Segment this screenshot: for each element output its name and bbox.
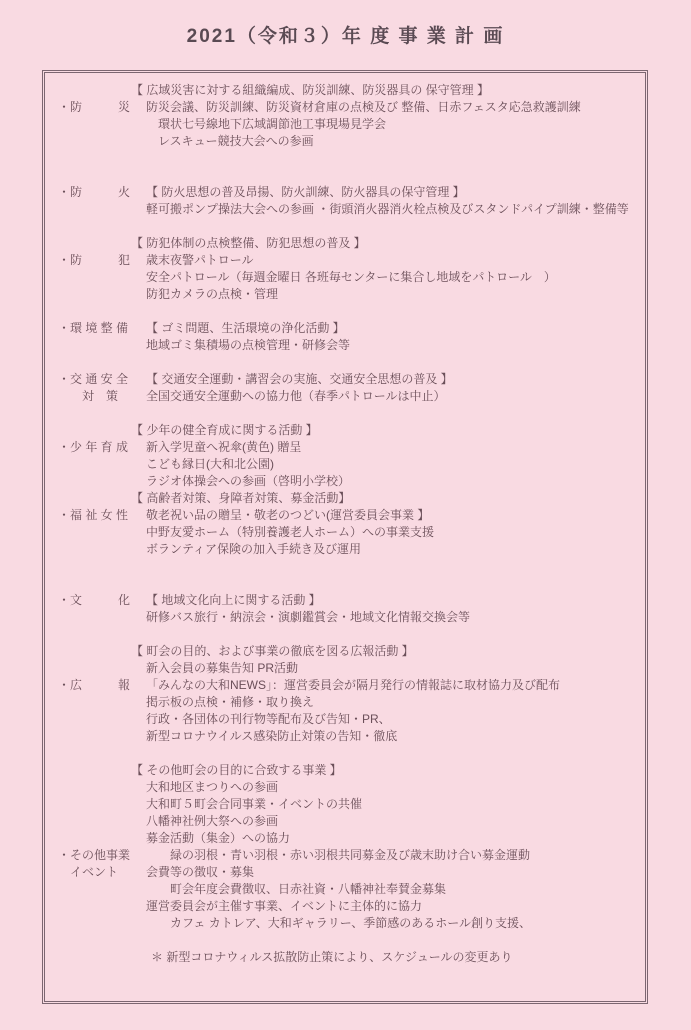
- doc-row: ラジオ体操会への参画（啓明小学校）: [58, 473, 645, 490]
- row-text: 研修バス旅行・納涼会・演劇鑑賞会・地域文化情報交換会等: [146, 609, 470, 626]
- label-spacer: [58, 575, 146, 592]
- doc-row: こども縁日(大和北公園): [58, 456, 645, 473]
- label-spacer: [58, 167, 146, 184]
- label-spacer: [58, 201, 146, 218]
- blank-row: [58, 167, 645, 184]
- row-text: 防犯カメラの点検・管理: [146, 286, 278, 303]
- blank-row: [58, 575, 645, 592]
- label-spacer: [58, 405, 146, 422]
- section-header: 【 広域災害に対する組織編成、防災訓練、防災器具の 保守管理 】: [131, 82, 489, 99]
- row-text: 会費等の徴収・募集: [146, 864, 254, 881]
- row-text: 行政・各団体の刊行物等配布及び告知・PR、: [146, 711, 391, 728]
- row-text: ラジオ体操会への参画（啓明小学校）: [146, 473, 350, 490]
- category-label: ・防 災: [58, 99, 146, 116]
- doc-row: 募金活動（集金）への協力: [58, 830, 645, 847]
- section-header: 【 防火思想の普及昂揚、防火訓練、防火器具の保守管理 】: [146, 184, 465, 201]
- doc-row: ・文 化【 地域文化向上に関する活動 】: [58, 592, 645, 609]
- doc-row: 行政・各団体の刊行物等配布及び告知・PR、: [58, 711, 645, 728]
- row-text: 新型コロナウイルス感染防止対策の告知・徹底: [146, 728, 397, 745]
- category-label: ・交 通 安 全: [58, 371, 146, 388]
- category-label: ・防 火: [58, 184, 146, 201]
- label-spacer: [58, 303, 146, 320]
- label-spacer: [58, 133, 146, 150]
- doc-row: ・環 境 整 備【 ゴミ問題、生活環境の浄化活動 】: [58, 320, 645, 337]
- blank-row: [58, 932, 645, 949]
- category-label: ・福 祉 女 性: [58, 507, 146, 524]
- row-text: 安全パトロール（毎週金曜日 各班毎センターに集合し地域をパトロール ）: [146, 269, 556, 286]
- doc-row: カフェ カトレア、大和ギャラリー、季節感のあるホール創り支援、: [58, 915, 645, 932]
- row-text: 「みんなの大和NEWS」：運営委員会が隔月発行の情報誌に取材協力及び配布: [146, 677, 560, 694]
- row-text: こども縁日(大和北公園): [146, 456, 274, 473]
- category-label: ・環 境 整 備: [58, 320, 146, 337]
- page-title: 2021（令和３）年 度 事 業 計 画: [0, 0, 691, 48]
- label-spacer: [58, 473, 146, 490]
- label-spacer: [58, 150, 146, 167]
- label-spacer: [58, 626, 146, 643]
- doc-row: ・少 年 育 成新入学児童へ祝傘(黄色) 贈呈: [58, 439, 645, 456]
- plan-document-box: 【 広域災害に対する組織編成、防災訓練、防災器具の 保守管理 】・防 災防災会議…: [42, 70, 648, 1004]
- blank-row: [58, 626, 645, 643]
- label-spacer: [58, 558, 146, 575]
- doc-row: 軽可搬ポンプ操法大会への参画 ・街頭消火器消火栓点検及びスタンドパイプ訓練・整備…: [58, 201, 645, 218]
- row-text: 防災会議、防災訓練、防災資材倉庫の点検及び 整備、日赤フェスタ応急救護訓練: [146, 99, 581, 116]
- section-header: 【 交通安全運動・講習会の実施、交通安全思想の普及 】: [146, 371, 453, 388]
- doc-row: ＊ 新型コロナウィルス拡散防止策により、スケジュールの変更あり: [58, 949, 645, 966]
- doc-row: ・福 祉 女 性敬老祝い品の贈呈・敬老のつどい(運営委員会事業 】: [58, 507, 645, 524]
- label-spacer: [58, 456, 146, 473]
- row-text: 全国交通安全運動への協力他（春季パトロールは中止）: [146, 388, 446, 405]
- doc-row: 新型コロナウイルス感染防止対策の告知・徹底: [58, 728, 645, 745]
- category-label: ・文 化: [58, 592, 146, 609]
- section-header: 【 少年の健全育成に関する活動 】: [131, 422, 318, 439]
- doc-row: ・防 犯歳末夜警パトロール: [58, 252, 645, 269]
- category-label: ・少 年 育 成: [58, 439, 146, 456]
- row-text: ボランティア保険の加入手続き及び運用: [146, 541, 361, 558]
- doc-row: レスキュー競技大会への参画: [58, 133, 645, 150]
- row-text: 大和町５町会合同事業・イベントの共催: [146, 796, 362, 813]
- row-text: 掲示板の点検・補修・取り換え: [146, 694, 314, 711]
- doc-row: 掲示板の点検・補修・取り換え: [58, 694, 645, 711]
- label-spacer: [58, 286, 146, 303]
- category-label: イベント: [58, 864, 146, 881]
- label-spacer: [58, 337, 146, 354]
- label-spacer: [58, 779, 146, 796]
- label-spacer: [58, 524, 146, 541]
- doc-row: ・交 通 安 全【 交通安全運動・講習会の実施、交通安全思想の普及 】: [58, 371, 645, 388]
- label-spacer: [58, 745, 146, 762]
- label-spacer: [58, 796, 146, 813]
- label-spacer: [58, 609, 146, 626]
- row-text: 町会年度会費徴収、日赤社資・八幡神社奉賛金募集: [146, 881, 446, 898]
- doc-row: 環状七号線地下広域調節池工事現場見学会: [58, 116, 645, 133]
- row-text: 新入学児童へ祝傘(黄色) 贈呈: [146, 439, 301, 456]
- row-text: 敬老祝い品の贈呈・敬老のつどい(運営委員会事業 】: [146, 507, 429, 524]
- doc-row: ボランティア保険の加入手続き及び運用: [58, 541, 645, 558]
- doc-row: ・広 報「みんなの大和NEWS」：運営委員会が隔月発行の情報誌に取材協力及び配布: [58, 677, 645, 694]
- doc-row: 研修バス旅行・納涼会・演劇鑑賞会・地域文化情報交換会等: [58, 609, 645, 626]
- row-text: 八幡神社例大祭への参画: [146, 813, 278, 830]
- row-text: 歳末夜警パトロール: [146, 252, 254, 269]
- blank-row: [58, 150, 645, 167]
- category-label: ・広 報: [58, 677, 146, 694]
- label-spacer: [58, 813, 146, 830]
- section-header: 【 町会の目的、および事業の徹底を図る広報活動 】: [131, 643, 414, 660]
- doc-row: 防犯カメラの点検・管理: [58, 286, 645, 303]
- label-spacer: [58, 354, 146, 371]
- doc-row: 大和町５町会合同事業・イベントの共催: [58, 796, 645, 813]
- blank-row: [58, 218, 645, 235]
- label-spacer: [58, 881, 146, 898]
- doc-row: 地域ゴミ集積場の点検管理・研修会等: [58, 337, 645, 354]
- row-text: 中野友愛ホーム（特別養護老人ホーム）への事業支援: [146, 524, 434, 541]
- label-spacer: [58, 269, 146, 286]
- label-spacer: [58, 694, 146, 711]
- doc-row: 運営委員会が主催す事業、イベントに主体的に協力: [58, 898, 645, 915]
- row-text: 緑の羽根・青い羽根・赤い羽根共同募金及び歳末助け合い募金運動: [146, 847, 530, 864]
- label-spacer: [58, 932, 146, 949]
- label-spacer: [58, 660, 146, 677]
- doc-row: ・その他事業 緑の羽根・青い羽根・赤い羽根共同募金及び歳末助け合い募金運動: [58, 847, 645, 864]
- doc-row: 八幡神社例大祭への参画: [58, 813, 645, 830]
- row-text: 運営委員会が主催す事業、イベントに主体的に協力: [146, 898, 422, 915]
- row-text: 環状七号線地下広域調節池工事現場見学会: [146, 116, 386, 133]
- label-spacer: [58, 915, 146, 932]
- section-header: 【 ゴミ問題、生活環境の浄化活動 】: [146, 320, 345, 337]
- blank-row: [58, 303, 645, 320]
- doc-row: 【 高齢者対策、身障者対策、募金活動】: [58, 490, 645, 507]
- category-label: 対 策: [58, 388, 146, 405]
- label-spacer: [58, 728, 146, 745]
- label-spacer: [58, 830, 146, 847]
- section-header: 【 地域文化向上に関する活動 】: [146, 592, 321, 609]
- doc-row: 安全パトロール（毎週金曜日 各班毎センターに集合し地域をパトロール ）: [58, 269, 645, 286]
- doc-row: 【 少年の健全育成に関する活動 】: [58, 422, 645, 439]
- doc-row: 大和地区まつりへの参画: [58, 779, 645, 796]
- blank-row: [58, 354, 645, 371]
- blank-row: [58, 745, 645, 762]
- doc-row: ・防 火【 防火思想の普及昂揚、防火訓練、防火器具の保守管理 】: [58, 184, 645, 201]
- section-header: 【 高齢者対策、身障者対策、募金活動】: [131, 490, 350, 507]
- section-header: 【 防犯体制の点検整備、防犯思想の普及 】: [131, 235, 366, 252]
- section-header: 【 その他町会の目的に合致する事業 】: [131, 762, 342, 779]
- row-text: 地域ゴミ集積場の点検管理・研修会等: [146, 337, 350, 354]
- doc-row: イベント会費等の徴収・募集: [58, 864, 645, 881]
- category-label: ・防 犯: [58, 252, 146, 269]
- footnote-text: ＊ 新型コロナウィルス拡散防止策により、スケジュールの変更あり: [151, 949, 513, 966]
- row-text: 新入会員の募集告知 PR活動: [146, 660, 298, 677]
- doc-row: 町会年度会費徴収、日赤社資・八幡神社奉賛金募集: [58, 881, 645, 898]
- label-spacer: [58, 711, 146, 728]
- row-text: カフェ カトレア、大和ギャラリー、季節感のあるホール創り支援、: [146, 915, 531, 932]
- doc-row: 対 策全国交通安全運動への協力他（春季パトロールは中止）: [58, 388, 645, 405]
- label-spacer: [58, 949, 146, 966]
- doc-row: 【 防犯体制の点検整備、防犯思想の普及 】: [58, 235, 645, 252]
- row-text: 軽可搬ポンプ操法大会への参画 ・街頭消火器消火栓点検及びスタンドパイプ訓練・整備…: [146, 201, 629, 218]
- doc-row: 【 町会の目的、および事業の徹底を図る広報活動 】: [58, 643, 645, 660]
- label-spacer: [58, 541, 146, 558]
- doc-row: 中野友愛ホーム（特別養護老人ホーム）への事業支援: [58, 524, 645, 541]
- doc-row: 新入会員の募集告知 PR活動: [58, 660, 645, 677]
- doc-row: 【 広域災害に対する組織編成、防災訓練、防災器具の 保守管理 】: [58, 82, 645, 99]
- row-text: レスキュー競技大会への参画: [146, 133, 314, 150]
- blank-row: [58, 405, 645, 422]
- category-label: ・その他事業: [58, 847, 146, 864]
- blank-row: [58, 558, 645, 575]
- label-spacer: [58, 116, 146, 133]
- label-spacer: [58, 218, 146, 235]
- row-text: 大和地区まつりへの参画: [146, 779, 278, 796]
- row-text: 募金活動（集金）への協力: [146, 830, 290, 847]
- doc-row: 【 その他町会の目的に合致する事業 】: [58, 762, 645, 779]
- doc-row: ・防 災防災会議、防災訓練、防災資材倉庫の点検及び 整備、日赤フェスタ応急救護訓…: [58, 99, 645, 116]
- label-spacer: [58, 898, 146, 915]
- document-rows: 【 広域災害に対する組織編成、防災訓練、防災器具の 保守管理 】・防 災防災会議…: [58, 82, 645, 966]
